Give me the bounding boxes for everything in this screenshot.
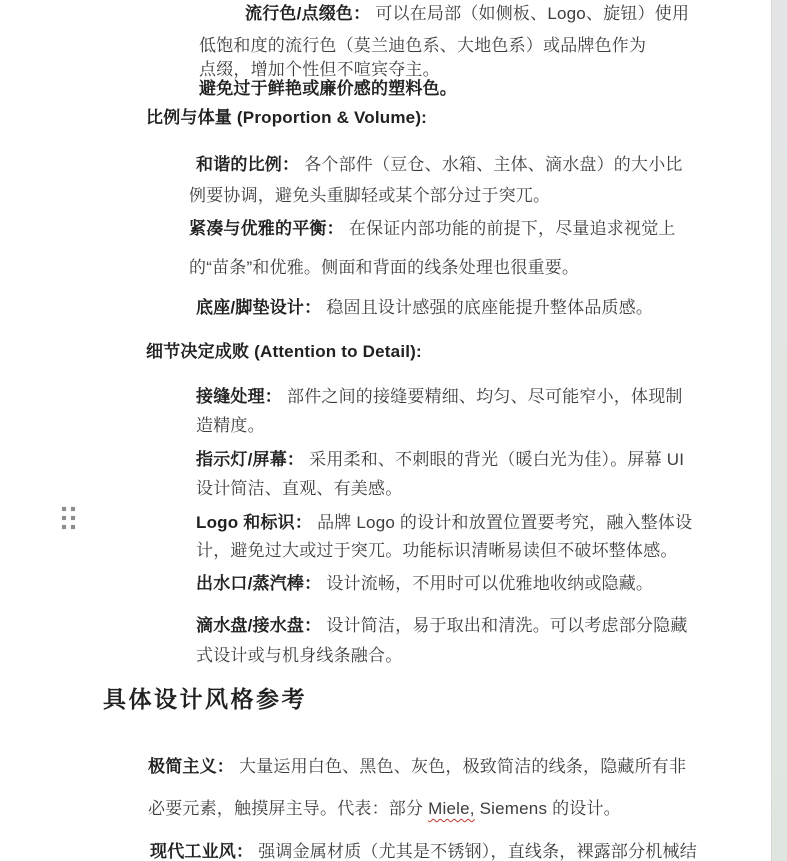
text-span: 计，避免过大或过于突兀。功能标识清晰易读但不破坏整体感。 (196, 541, 678, 560)
document-page: 流行色/点缀色：可以在局部（如侧板、Logo、旋钮）使用低饱和度的流行色（莫兰迪… (0, 0, 787, 861)
text-span: 极简主义： (148, 757, 234, 776)
text-span: 点缀，增加个性但不喧宾夺主。 (199, 60, 440, 79)
text-line: 紧凑与优雅的平衡：在保证内部功能的前提下，尽量追求视觉上 (189, 219, 676, 239)
text-span: Logo 和标识： (196, 513, 312, 532)
text-span: 出水口/蒸汽棒： (196, 574, 321, 593)
text-span: 采用柔和、不刺眼的背光（暖白光为佳）。屏幕 UI (309, 450, 684, 469)
text-span: 紧凑与优雅的平衡： (189, 219, 344, 238)
text-span: 部件之间的接缝要精细、均匀、尽可能窄小，体现制 (287, 387, 683, 406)
text-line: 滴水盘/接水盘：设计简洁，易于取出和清洗。可以考虑部分隐藏 (196, 616, 688, 636)
text-span: 设计流畅，不用时可以优雅地收纳或隐藏。 (326, 574, 653, 593)
text-span: 指示灯/屏幕： (196, 450, 304, 469)
text-line: 例要协调，避免头重脚轻或某个部分过于突兀。 (189, 186, 550, 206)
text-line: 避免过于鲜艳或廉价感的塑料色。 (199, 79, 457, 99)
text-span: 品牌 Logo 的设计和放置位置要考究，融入整体设 (317, 513, 692, 532)
text-span: 现代工业风： (150, 842, 253, 861)
text-span: 造精度。 (196, 416, 265, 435)
text-span: 流行色/点缀色： (245, 4, 370, 23)
text-line: 计，避免过大或过于突兀。功能标识清晰易读但不破坏整体感。 (196, 541, 678, 561)
text-line: 的“苗条”和优雅。侧面和背面的线条处理也很重要。 (189, 258, 579, 278)
text-line: Logo 和标识：品牌 Logo 的设计和放置位置要考究，融入整体设 (196, 513, 692, 533)
text-line: 底座/脚垫设计：稳固且设计感强的底座能提升整体品质感。 (196, 298, 653, 318)
page-heading: 具体设计风格参考 (103, 690, 307, 710)
text-line: 流行色/点缀色：可以在局部（如侧板、Logo、旋钮）使用 (245, 4, 689, 24)
text-line: 点缀，增加个性但不喧宾夺主。 (199, 60, 440, 80)
text-line: 现代工业风：强调金属材质（尤其是不锈钢），直线条，裸露部分机械结 (150, 842, 697, 861)
text-line: 出水口/蒸汽棒：设计流畅，不用时可以优雅地收纳或隐藏。 (196, 574, 653, 594)
text-span: 细节决定成败 (Attention to Detail): (146, 342, 422, 361)
text-line: 和谐的比例：各个部件（豆仓、水箱、主体、滴水盘）的大小比 (196, 155, 683, 175)
text-span: 例要协调，避免头重脚轻或某个部分过于突兀。 (189, 186, 550, 205)
text-span: 接缝处理： (196, 387, 282, 406)
text-span: 低饱和度的流行色（莫兰迪色系、大地色系）或品牌色作为 (199, 36, 646, 55)
text-line: 必要元素，触摸屏主导。代表：部分 Miele, Siemens 的设计。 (148, 799, 621, 819)
text-span: 必要元素，触摸屏主导。代表：部分 (148, 799, 428, 818)
text-span: 滴水盘/接水盘： (196, 616, 321, 635)
text-span: 稳固且设计感强的底座能提升整体品质感。 (326, 298, 653, 317)
text-span: 可以在局部（如侧板、Logo、旋钮）使用 (375, 4, 689, 23)
text-line: 接缝处理：部件之间的接缝要精细、均匀、尽可能窄小，体现制 (196, 387, 683, 407)
text-span: 各个部件（豆仓、水箱、主体、滴水盘）的大小比 (304, 155, 682, 174)
text-span: Siemens 的设计。 (475, 799, 621, 818)
text-span: 大量运用白色、黑色、灰色，极致简洁的线条，隐藏所有非 (239, 757, 686, 776)
text-span: 比例与体量 (Proportion & Volume): (146, 108, 427, 127)
window-edge-strip (771, 0, 787, 861)
section-heading: 比例与体量 (Proportion & Volume): (146, 108, 427, 128)
text-span: 的“苗条”和优雅。侧面和背面的线条处理也很重要。 (189, 258, 579, 277)
section-heading: 细节决定成败 (Attention to Detail): (146, 342, 422, 362)
block-drag-handle-icon[interactable] (62, 507, 76, 530)
text-line: 造精度。 (196, 416, 265, 436)
text-span: 强调金属材质（尤其是不锈钢），直线条，裸露部分机械结 (258, 842, 697, 861)
text-span: 在保证内部功能的前提下，尽量追求视觉上 (349, 219, 676, 238)
text-span: 具体设计风格参考 (103, 687, 307, 712)
text-line: 低饱和度的流行色（莫兰迪色系、大地色系）或品牌色作为 (199, 36, 646, 56)
text-span: 设计简洁、直观、有美感。 (196, 479, 402, 498)
misspelled-word: Miele, (428, 799, 475, 818)
text-line: 指示灯/屏幕：采用柔和、不刺眼的背光（暖白光为佳）。屏幕 UI (196, 450, 684, 470)
text-span: 避免过于鲜艳或廉价感的塑料色。 (199, 79, 457, 98)
text-line: 极简主义：大量运用白色、黑色、灰色，极致简洁的线条，隐藏所有非 (148, 757, 686, 777)
text-span: 式设计或与机身线条融合。 (196, 646, 402, 665)
text-line: 设计简洁、直观、有美感。 (196, 479, 402, 499)
text-line: 式设计或与机身线条融合。 (196, 646, 402, 666)
text-span: 设计简洁，易于取出和清洗。可以考虑部分隐藏 (326, 616, 687, 635)
text-span: 底座/脚垫设计： (196, 298, 321, 317)
text-span: 和谐的比例： (196, 155, 299, 174)
